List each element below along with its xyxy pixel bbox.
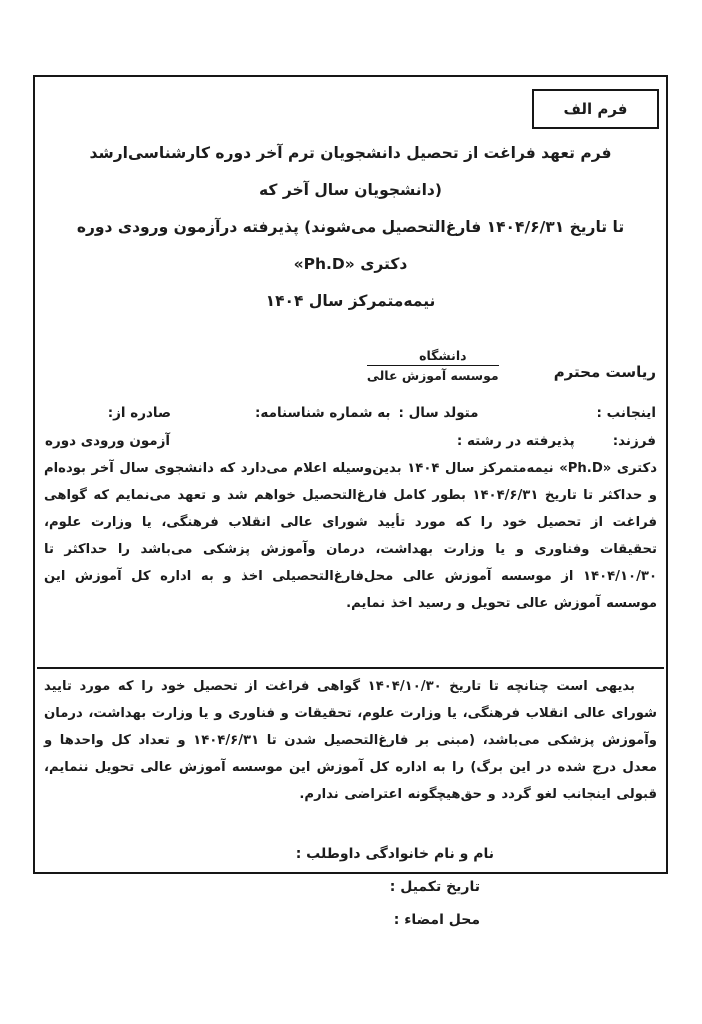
field-entrance-exam-label: آزمون ورودی دوره <box>45 433 170 449</box>
completion-date-label: تاریخ تکمیل : <box>35 871 480 904</box>
university-label: دانشگاه <box>367 348 499 366</box>
scanned-form-page: فرم الف فرم تعهد فراغت از تحصیل دانشجویا… <box>0 0 702 1024</box>
penalty-paragraph: بدیهی است چنانچه تا تاریخ ۱۴۰۴/۱۰/۳۰ گوا… <box>35 673 666 808</box>
institute-label: موسسه آموزش عالی <box>367 366 499 383</box>
signature-block: نام و نام خانوادگی داوطلب : تاریخ تکمیل … <box>35 838 494 937</box>
university-or-institute-blank: دانشگاه موسسه آموزش عالی <box>367 348 499 383</box>
field-applicant-label: اینجانب : <box>597 405 656 421</box>
field-id-number-label: به شماره شناسنامه: <box>255 405 390 421</box>
field-admitted-major-label: پذیرفته در رشته : <box>457 433 575 449</box>
commitment-paragraph: دکتری «Ph.D» نیمه‌متمرکز سال ۱۴۰۴ بدین‌و… <box>35 455 666 617</box>
form-border-frame: فرم الف فرم تعهد فراغت از تحصیل دانشجویا… <box>33 75 668 874</box>
form-title: فرم تعهد فراغت از تحصیل دانشجویان ترم آخ… <box>35 135 666 320</box>
section-divider-line <box>37 667 664 669</box>
fields-row-2: فرزند: پذیرفته در رشته : آزمون ورودی دور… <box>35 427 666 455</box>
field-issued-in-label: صادره از: <box>108 405 171 421</box>
form-title-line-3: نیمه‌متمرکز سال ۱۴۰۴ <box>59 283 642 320</box>
fields-row-1: اینجانب : متولد سال : به شماره شناسنامه:… <box>35 399 666 427</box>
form-tag-label: فرم الف <box>564 100 628 118</box>
field-child-of-label: فرزند: <box>613 433 656 449</box>
form-title-line-2: تا تاریخ ۱۴۰۴/۶/۳۱ فارغ‌التحصیل می‌شوند)… <box>59 209 642 283</box>
salutation-label: ریاست محترم <box>554 363 656 381</box>
form-tag-box: فرم الف <box>532 89 659 129</box>
field-birth-year-label: متولد سال : <box>398 405 478 421</box>
personal-fields: اینجانب : متولد سال : به شماره شناسنامه:… <box>35 399 666 455</box>
applicant-fullname-label: نام و نام خانوادگی داوطلب : <box>35 838 494 871</box>
form-title-line-1: فرم تعهد فراغت از تحصیل دانشجویان ترم آخ… <box>59 135 642 209</box>
signature-place-label: محل امضاء : <box>35 904 480 937</box>
salutation-row: ریاست محترم دانشگاه موسسه آموزش عالی <box>35 348 666 383</box>
